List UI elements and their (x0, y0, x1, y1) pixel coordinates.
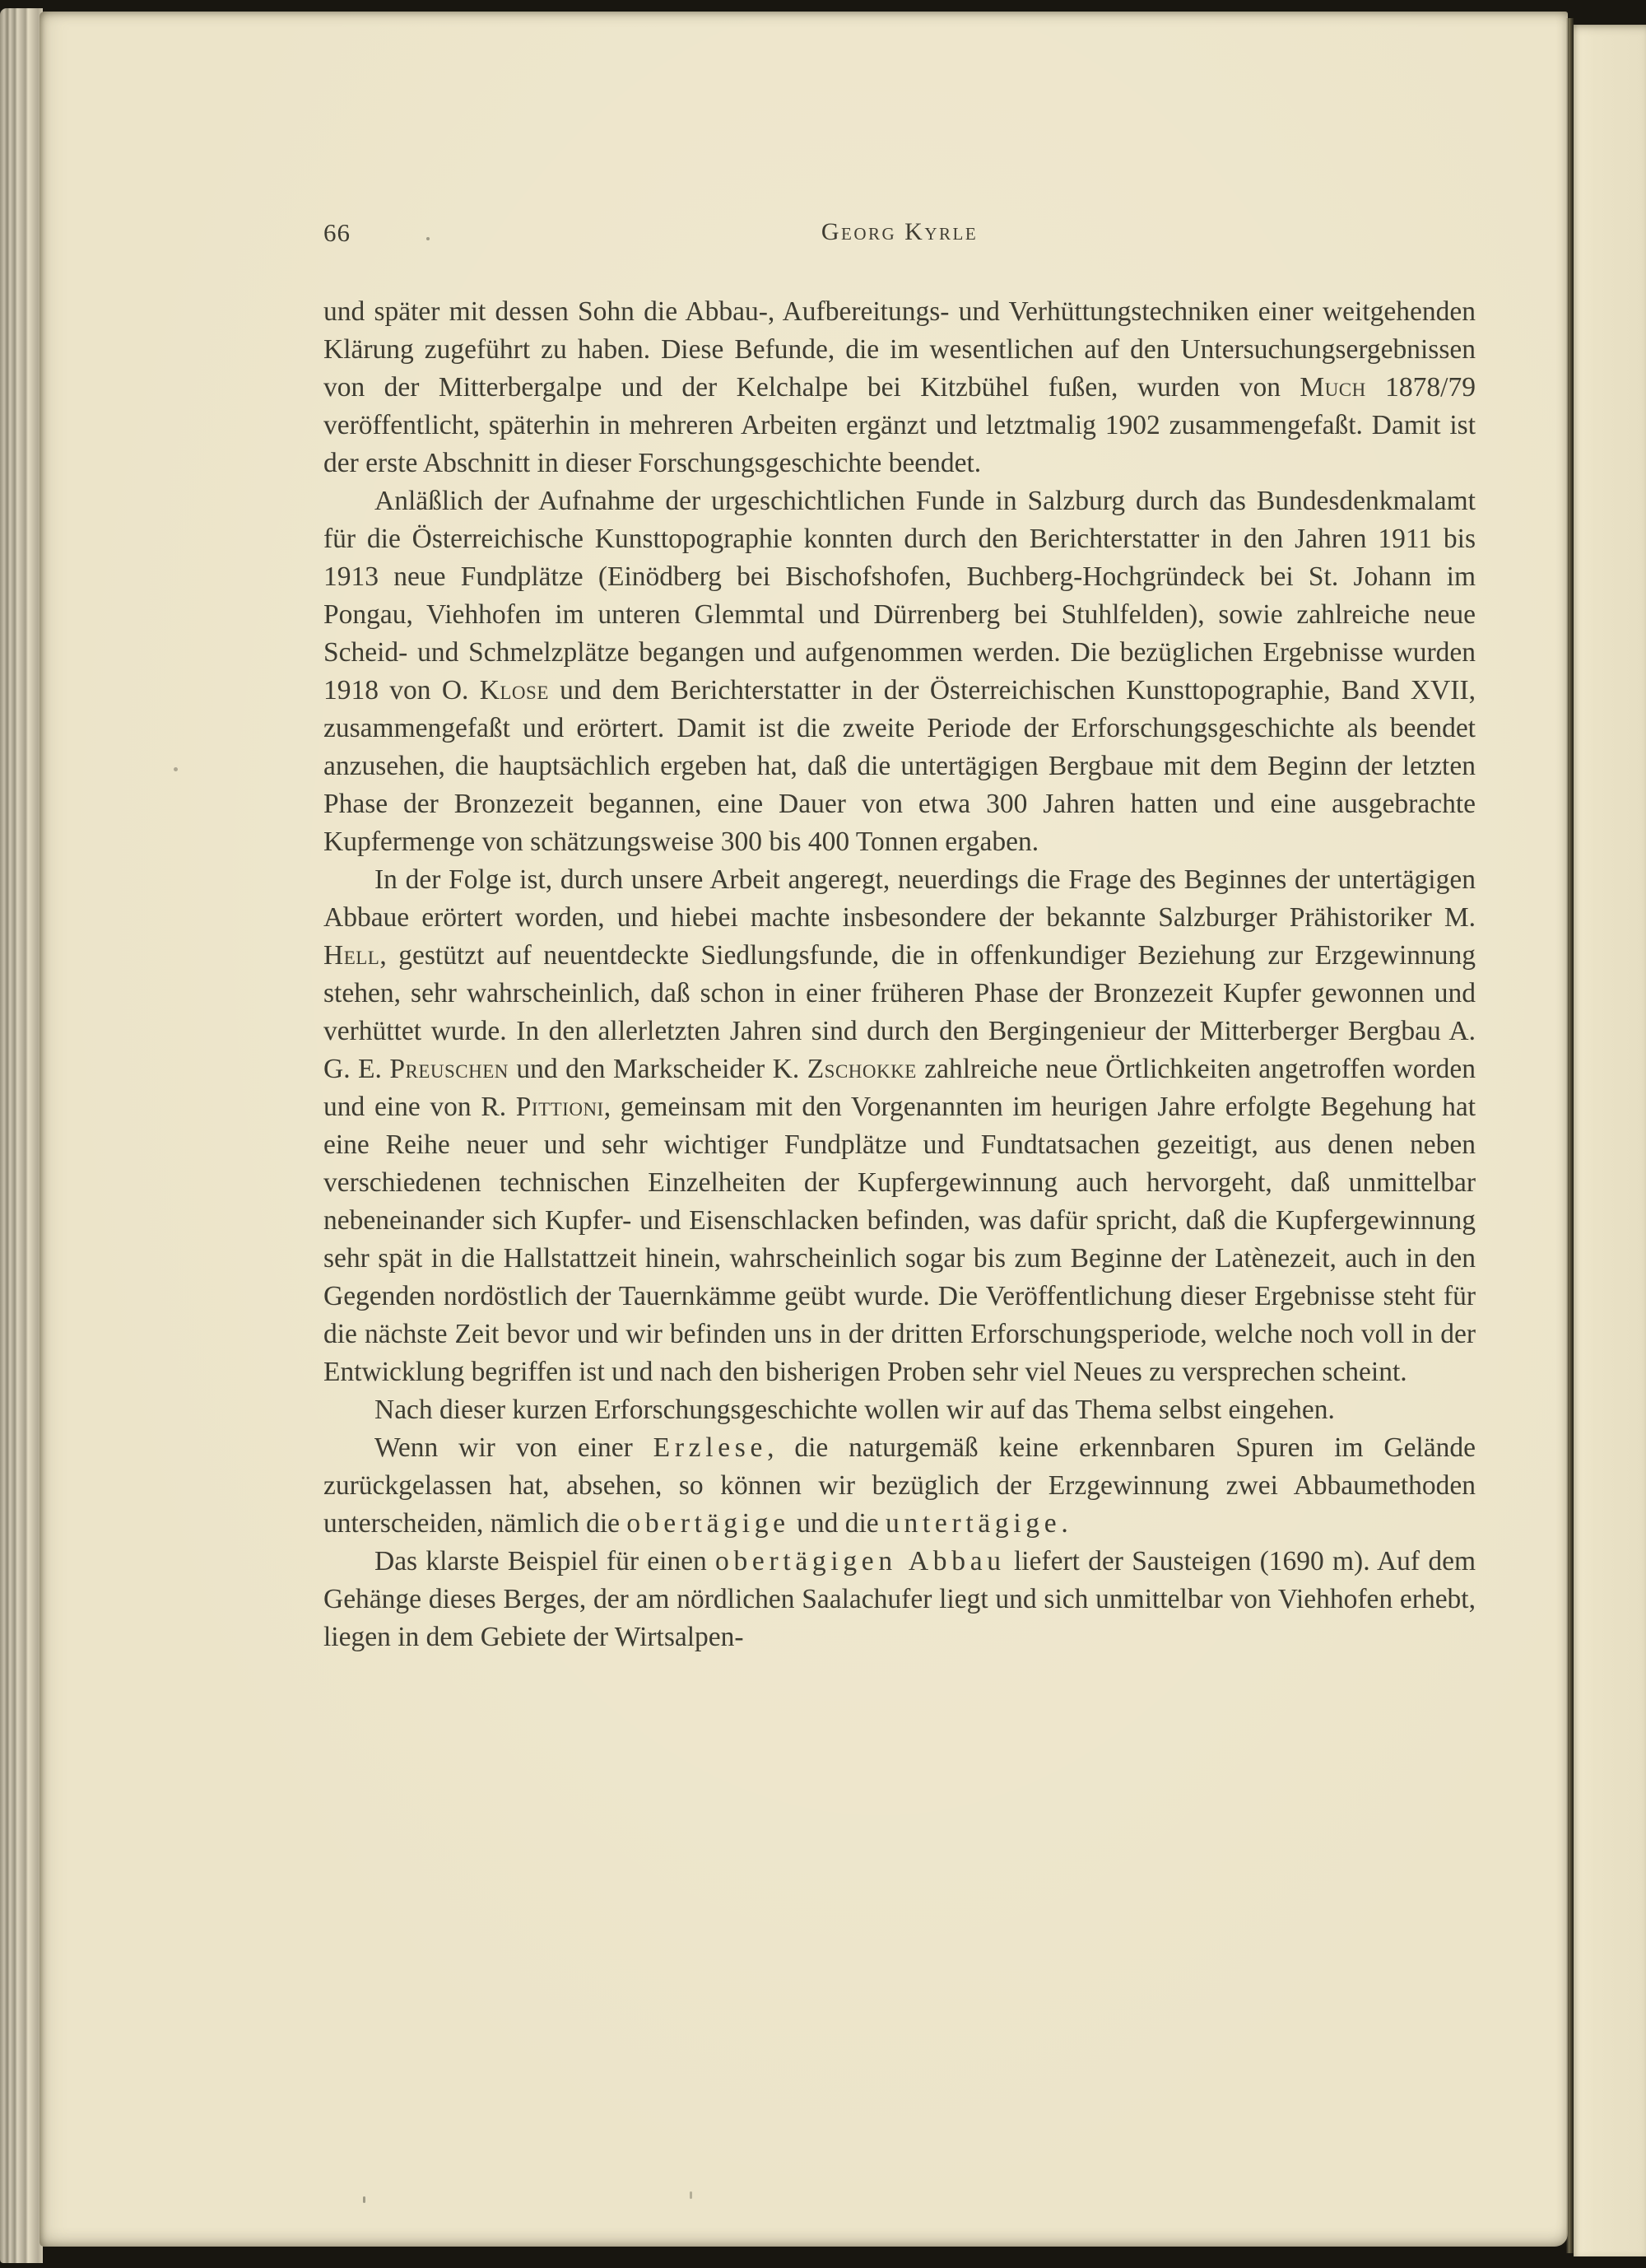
paragraph: Das klarste Beispiel für einen obertägig… (323, 1543, 1476, 1656)
text-segment: obertägige (626, 1508, 789, 1539)
text-segment: und den Markscheider K. (509, 1054, 807, 1084)
paragraph: Nach dieser kurzen Erforschungsgeschicht… (323, 1391, 1476, 1429)
text-segment: . (1061, 1508, 1067, 1539)
text-segment: Wenn wir von einer (374, 1432, 653, 1463)
text-segment: Das klarste Beispiel für einen (374, 1546, 715, 1576)
book-scan: 66 Georg Kyrle und später mit dessen Soh… (0, 0, 1646, 2268)
running-header: Georg Kyrle (323, 218, 1476, 246)
author-name: Preuschen (389, 1054, 509, 1084)
page-gutter-shadow (1566, 18, 1574, 2253)
author-name: Much (1300, 372, 1365, 403)
paragraph: In der Folge ist, durch unsere Arbeit an… (323, 861, 1476, 1391)
text-body: und später mit dessen Sohn die Abbau-, A… (323, 293, 1476, 1656)
text-segment: obertägigen Abbau (715, 1546, 1006, 1576)
author-name: Klose (480, 675, 549, 706)
text-segment: , gemeinsam mit den Vorgenannten im heur… (323, 1092, 1476, 1387)
next-page-sliver (1574, 25, 1646, 2256)
stacked-page-edges (0, 8, 43, 2263)
text-segment: Anläßlich der Aufnahme der urgeschichtli… (323, 486, 1476, 706)
author-name: Pittioni (516, 1092, 604, 1122)
text-segment: Erzlese (653, 1432, 767, 1463)
paragraph: und später mit dessen Sohn die Abbau-, A… (323, 293, 1476, 482)
scan-speck (363, 2196, 365, 2203)
text-segment: In der Folge ist, durch unsere Arbeit an… (323, 864, 1476, 933)
scan-speck (426, 237, 430, 240)
scan-speck (690, 2191, 692, 2199)
author-name: Hell (323, 940, 379, 971)
text-segment: untertägige (886, 1508, 1061, 1539)
page-header: 66 Georg Kyrle (323, 218, 1476, 256)
printed-text-area: 66 Georg Kyrle und später mit dessen Soh… (323, 218, 1476, 1656)
author-name: Zschokke (807, 1054, 917, 1084)
paragraph: Anläßlich der Aufnahme der urgeschichtli… (323, 482, 1476, 861)
paragraph: Wenn wir von einer Erzlese, die naturgem… (323, 1429, 1476, 1543)
text-segment: und die (790, 1508, 886, 1539)
book-page: 66 Georg Kyrle und später mit dessen Soh… (40, 12, 1568, 2247)
scan-speck (174, 767, 178, 771)
text-segment: Nach dieser kurzen Erforschungsgeschicht… (374, 1395, 1335, 1425)
